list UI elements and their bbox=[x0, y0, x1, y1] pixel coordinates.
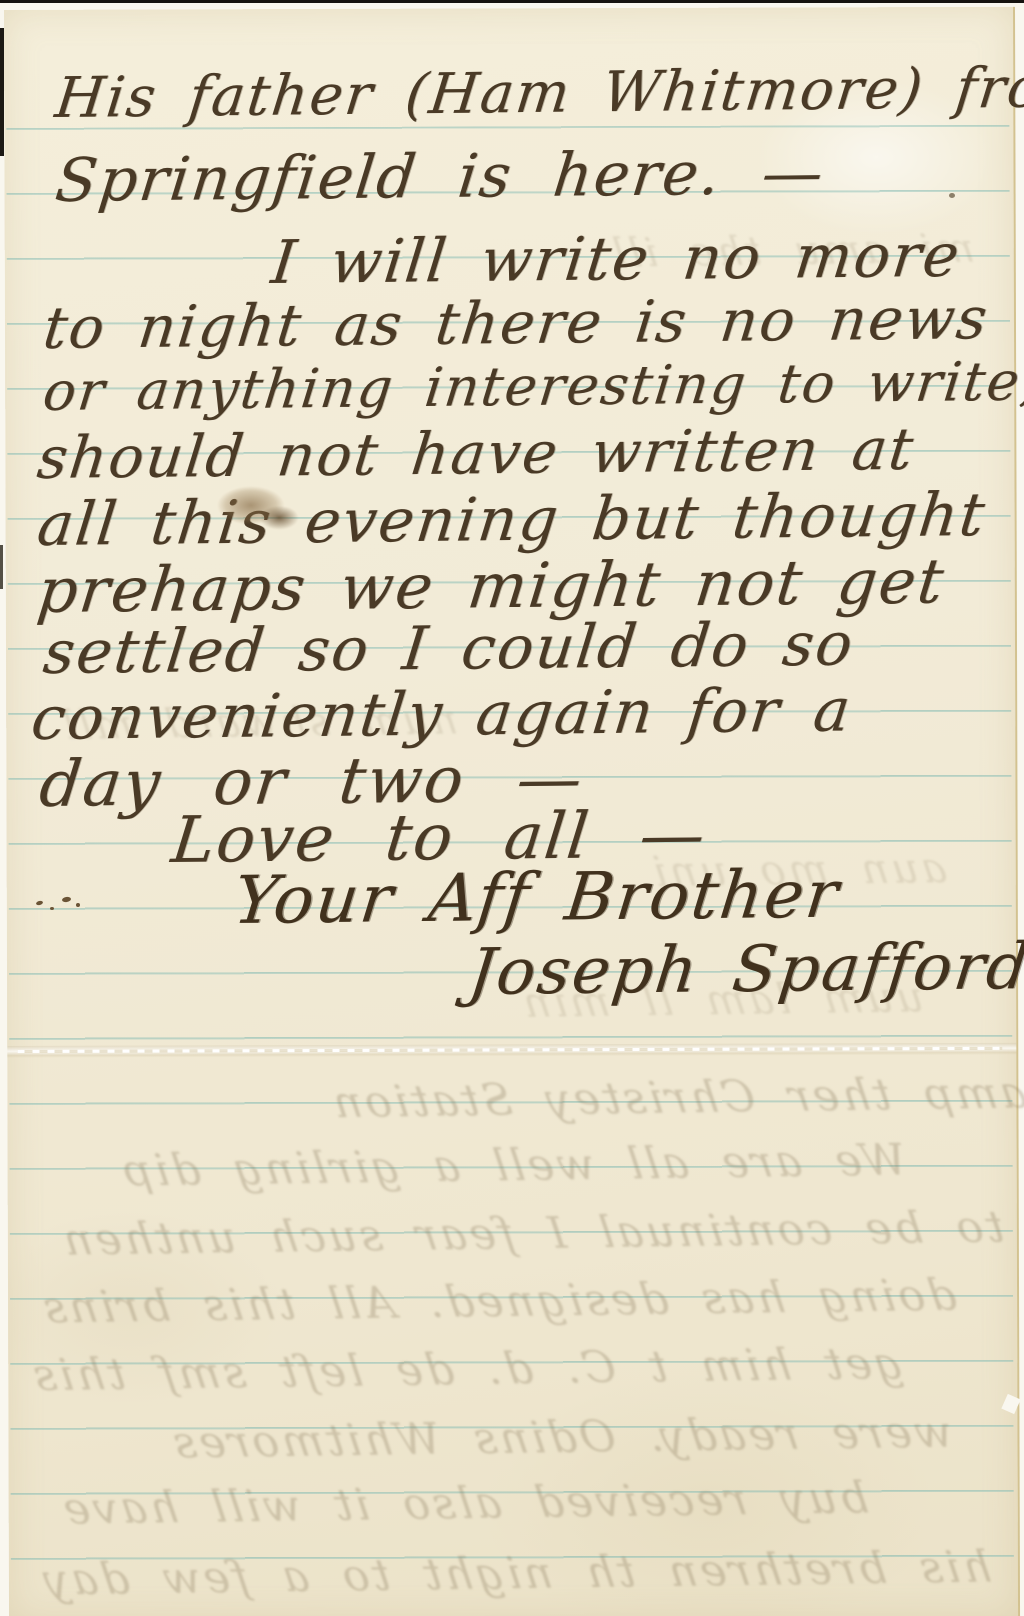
scan-edge-left bbox=[0, 28, 4, 156]
bleed-through-line: were ready. Odins Whitmores bbox=[167, 1407, 955, 1469]
handwriting-line: should not have written at bbox=[34, 415, 918, 492]
handwriting-line: to night as there is no news bbox=[40, 284, 992, 362]
scan-edge-top bbox=[0, 0, 1024, 3]
ink-spatter bbox=[50, 907, 54, 910]
signature: Joseph Spafford bbox=[465, 930, 1024, 1010]
handwriting-line: or anything interesting to write, bbox=[40, 350, 1024, 423]
ink-spatter bbox=[76, 903, 80, 907]
ink-speck bbox=[949, 193, 955, 198]
fold-crease-texture bbox=[17, 1047, 1002, 1053]
closing-line: Your Aff Brother bbox=[230, 856, 844, 939]
scanned-letter-page: mi amu the ill num shward mll aun mo uni… bbox=[0, 0, 1024, 1616]
handwriting-line: conveniently again for a bbox=[28, 675, 856, 754]
bleed-through-line: Camp ther Christey Station bbox=[327, 1067, 1024, 1128]
handwriting-line: His father (Ham Whitmore) from bbox=[52, 55, 1024, 131]
scan-edge-left bbox=[0, 545, 3, 589]
handwriting-line: Springfield is here. — bbox=[52, 138, 828, 216]
